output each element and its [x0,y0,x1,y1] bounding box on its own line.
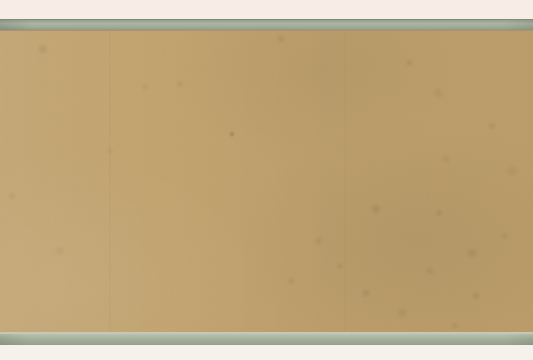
mount-background-top [0,0,533,19]
mount-background-bottom [0,345,533,360]
silk-border-strip-bottom [0,332,533,345]
artwork-photo [0,0,533,360]
silk-border-strip-top [0,19,533,30]
aged-paper-panel [0,30,533,332]
foxing-stains [0,31,533,332]
